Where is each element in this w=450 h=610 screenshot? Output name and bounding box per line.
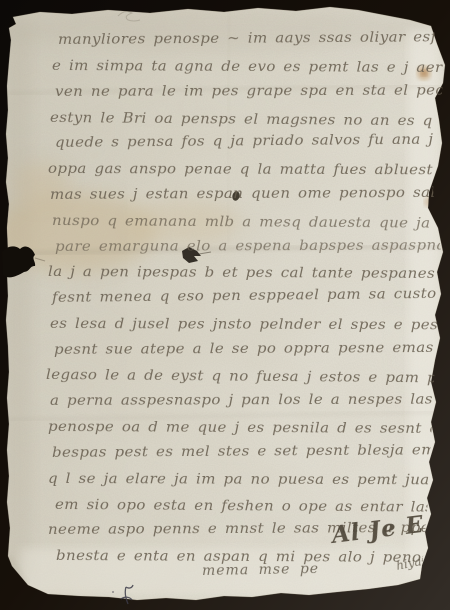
handwritten-line-8: nuspo q emanana mlb a mesq dauesta que j… <box>52 211 431 231</box>
handwritten-line-6: oppa gas anspo penae q la matta fues abl… <box>48 159 450 178</box>
handwritten-line-10: la j a pen ipespas b et pes cal tante pe… <box>48 262 435 281</box>
handwritten-line-19: em sio opo esta en feshen o ope as entar… <box>55 495 450 515</box>
closing-line: mema mse pe <box>202 561 319 579</box>
handwritten-line-18: q l se ja elare ja im pa no puesa es pem… <box>48 469 450 488</box>
handwritten-line-12: es lesa d jusel pes jnsto pelnder el spe… <box>50 314 438 332</box>
handwritten-line-4: estyn le Bri oa pensps el magsnes no an … <box>50 108 450 129</box>
handwritten-line-15: a perna asspesnaspo j pan los le a nespe… <box>50 390 450 409</box>
handwritten-line-2: e im simpa ta agna de evo es pemt las e … <box>52 56 450 75</box>
handwritten-line-3: ven ne para le im pes grape spa en sta e… <box>55 81 450 100</box>
handwritten-line-1: manyliores penospe ~ im aays ssas oliyar… <box>58 28 450 48</box>
handwriting-layer: manyliores penospe ~ im aays ssas oliyar… <box>0 0 450 610</box>
handwritten-line-14: legaso le a de eyst q no fuesa j estos e… <box>46 365 450 386</box>
handwritten-line-7: mas sues j estan espan quen ome penospo … <box>50 183 450 202</box>
handwritten-line-5: quede s pensa fos q ja priado salvos fu … <box>55 130 450 151</box>
manuscript-photo: manyliores penospe ~ im aays ssas oliyar… <box>0 0 450 610</box>
handwritten-line-11: fesnt menea q eso pen esppeael pam sa cu… <box>52 284 437 305</box>
handwritten-line-9: pare emarguna elo a espena bapspes aspas… <box>55 236 450 255</box>
handwritten-line-13: pesnt sue atepe a le se po oppra pesne e… <box>54 338 450 357</box>
handwritten-line-17: bespas pest es mel stes e set pesnt bles… <box>52 440 450 460</box>
handwritten-line-16: penospe oa d me que j es pesnila d es se… <box>48 417 450 437</box>
